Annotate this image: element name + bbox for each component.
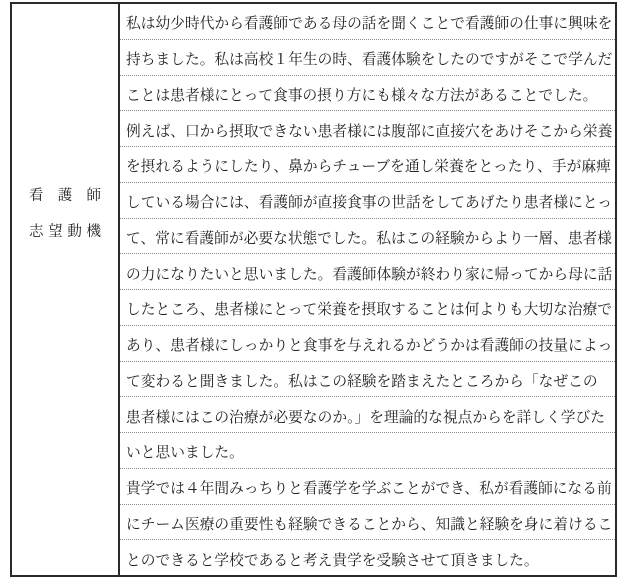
- essay-line: て変わると聞きました。私はこの経験を踏まえたところから「なぜこの: [120, 362, 615, 398]
- essay-line: いと思いました。: [120, 433, 615, 469]
- essay-line: ことは患者様にとって食事の摂り方にも様々な方法があることでした。: [120, 76, 615, 112]
- essay-line: の力になりたいと思いました。看護師体験が終わり家に帰ってから母に話: [120, 254, 615, 290]
- essay-line: 貴学では４年間みっちりと看護学を学ぶことができ、私が看護師になる前: [120, 469, 615, 505]
- essay-line: している場合には、看護師が直接食事の世話をしてあげたり患者様にとっ: [120, 183, 615, 219]
- essay-line: 私は幼少時代から看護師である母の話を聞くことで看護師の仕事に興味を: [120, 4, 615, 40]
- label-line-nurse: 看護師: [29, 178, 101, 214]
- document-page: { "colors": { "background": "#ffffff", "…: [0, 0, 624, 582]
- label-line-motivation: 志望動機: [29, 214, 101, 250]
- essay-cell: 私は幼少時代から看護師である母の話を聞くことで看護師の仕事に興味を 持ちました。…: [120, 4, 615, 575]
- essay-line: を摂れるようにしたり、鼻からチューブを通し栄養をとったり、手が麻痺: [120, 147, 615, 183]
- label-cell: 看護師 志望動機: [12, 4, 120, 575]
- essay-line: にチーム医療の重要性も経験できることから、知識と経験を身に着けるこ: [120, 505, 615, 541]
- motivation-table: 看護師 志望動機 私は幼少時代から看護師である母の話を聞くことで看護師の仕事に興…: [10, 2, 617, 577]
- essay-line: とのできると学校であると考え貴学を受験させて頂きました。: [120, 540, 615, 575]
- essay-line: したところ、患者様にとって栄養を摂取することは何よりも大切な治療で: [120, 290, 615, 326]
- essay-line: て、常に看護師が必要な状態でした。私はこの経験からより一層、患者様: [120, 219, 615, 255]
- essay-line: 例えば、口から摂取できない患者様には腹部に直接穴をあけそこから栄養: [120, 111, 615, 147]
- essay-line: 持ちました。私は高校１年生の時、看護体験をしたのですがそこで学んだ: [120, 40, 615, 76]
- essay-line: 患者様にはこの治療が必要なのか。」を理論的な視点からを詳しく学びた: [120, 397, 615, 433]
- essay-line: あり、患者様にしっかりと食事を与えれるかどうかは看護師の技量によっ: [120, 326, 615, 362]
